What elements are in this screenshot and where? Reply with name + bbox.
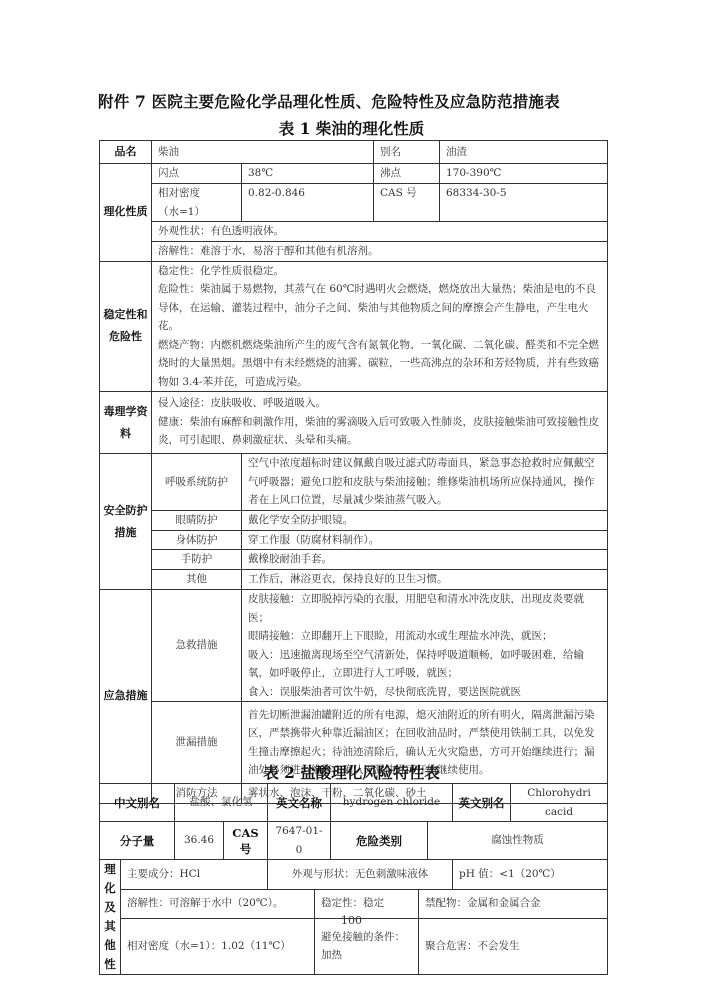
props-cell: pH 值：<1（20℃） [453,860,608,890]
safety-label: 安全防护措施 [100,454,152,590]
safety-item: 呼吸系统防护 [152,454,242,511]
density-label: 相对密度 （水=1） [152,184,242,222]
props-cell: 外观与形状：无色刺激味液体 [268,860,453,890]
en-alias-label: 英文别名 [453,784,511,822]
safety-item: 手防护 [152,550,242,570]
table1-title: 表 1 柴油的理化性质 [0,117,703,139]
appearance-text: 外观性状：有色透明液体。 [152,222,608,242]
hcl-properties-table: 中文别名 盐酸、氯化氢 英文名称 hydrogen chloride 英文别名 … [99,783,608,975]
cas-label: CAS 号 [374,184,440,222]
safety-text: 空气中浓度超标时建议佩戴自吸过滤式防毒面具，紧急事态抢救时应佩戴空气呼吸器；避免… [242,454,608,511]
first-aid-text: 皮肤接触：立即脱掉污染的衣服，用肥皂和清水冲洗皮肤，出现皮炎要就医； 眼睛接触：… [242,590,608,702]
safety-text: 穿工作服（防腐材料制作）。 [242,530,608,550]
mw-value: 36.46 [175,822,224,860]
cn-alias-label: 中文别名 [100,784,175,822]
props-cell: 主要成分：HCl [121,860,268,890]
safety-text: 戴橡胶耐油手套。 [242,550,608,570]
en-name-label: 英文名称 [268,784,331,822]
hazard-value: 腐蚀性物质 [428,822,608,860]
mw-label: 分子量 [100,822,175,860]
cn-alias-value: 盐酸、氯化氢 [175,784,268,822]
solubility-text: 溶解性：难溶于水，易溶于醇和其他有机溶剂。 [152,242,608,262]
safety-text: 工作后，淋浴更衣，保持良好的卫生习惯。 [242,570,608,590]
cas-value: 68334-30-5 [440,184,608,222]
toxicology-label: 毒理学资料 [100,392,152,454]
physchem-label: 理化性质 [100,164,152,262]
page-heading: 附件 7 医院主要危险化学品理化性质、危险特性及应急防范措施表 [98,90,560,112]
hazard-label: 危险类别 [331,822,428,860]
toxicology-text: 侵入途径：皮肤吸收、呼吸道吸入。 健康：柴油有麻醉和刺激作用，柴油的雾滴吸入后可… [152,392,608,454]
table2-title: 表 2 盐酸理化风险特性表 [0,761,703,783]
alias-label: 别名 [374,141,440,164]
safety-item: 身体防护 [152,530,242,550]
diesel-properties-table: 品名 柴油 别名 油渣 理化性质 闪点 38℃ 沸点 170-390℃ 相对密度… [99,140,608,804]
boiling-point-label: 沸点 [374,164,440,184]
boiling-point-value: 170-390℃ [440,164,608,184]
alias-value: 油渣 [440,141,608,164]
cas-label: CAS 号 [224,822,268,860]
flash-point-value: 38℃ [242,164,374,184]
stability-text: 稳定性：化学性质很稳定。 危险性：柴油属于易燃物，其蒸气在 60℃时遇明火会燃烧… [152,261,608,392]
name-label: 品名 [100,141,152,164]
cas-value: 7647-01-0 [268,822,331,860]
page-number: 100 [0,914,703,927]
name-value: 柴油 [152,141,374,164]
first-aid-label: 急救措施 [152,590,242,702]
safety-item: 其他 [152,570,242,590]
safety-text: 戴化学安全防护眼镜。 [242,511,608,531]
en-name-value: hydrogen chloride [331,784,453,822]
safety-item: 眼睛防护 [152,511,242,531]
density-value: 0.82-0.846 [242,184,374,222]
flash-point-label: 闪点 [152,164,242,184]
stability-label: 稳定性和危险性 [100,261,152,392]
en-alias-value: Chlorohydri cacid [511,784,608,822]
